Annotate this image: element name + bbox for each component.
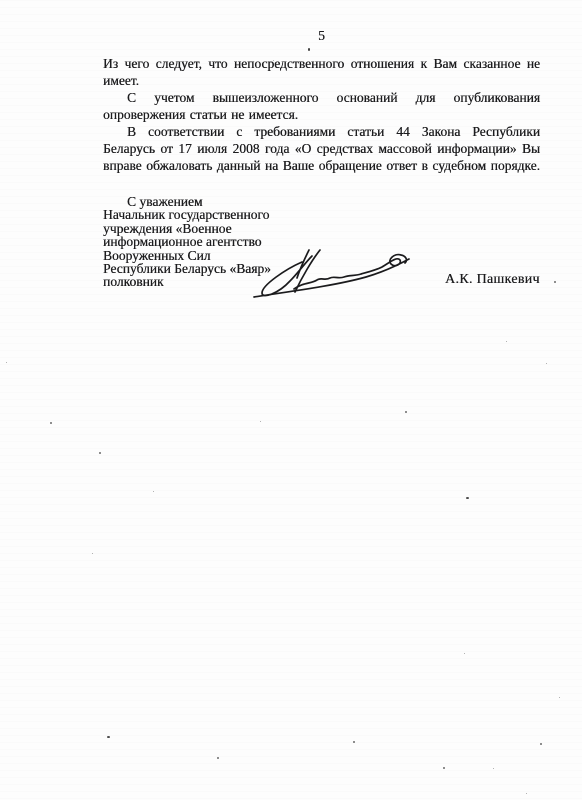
letter-body: Из чего следует, что непосредственного о… [103, 55, 540, 174]
scan-speck [273, 60, 274, 61]
scan-speck [153, 491, 154, 492]
scan-speck [50, 422, 52, 424]
signer-name: А.К. Пашкевич [445, 272, 565, 288]
scan-speck [99, 452, 101, 454]
body-line: вправе обжаловать данный на Ваше обращен… [103, 157, 540, 174]
scan-speck [546, 363, 547, 364]
scan-speck [353, 741, 355, 743]
signer-title-line: Начальник государственного [103, 208, 363, 221]
page-number: 5 [103, 28, 540, 43]
closing-salutation: С уважением [103, 195, 363, 208]
body-line: опровержения статьи не имеется. [103, 106, 540, 123]
handwritten-signature [250, 247, 410, 300]
body-line: С учетом вышеизложенного оснований для о… [103, 89, 540, 106]
scan-speck [526, 793, 527, 794]
scan-speck [217, 757, 219, 759]
scan-speck [554, 281, 556, 283]
scan-speck [464, 653, 465, 654]
scan-speck [405, 411, 407, 413]
scan-speck [540, 743, 542, 745]
scan-speck [107, 736, 110, 738]
body-line: имеет. [103, 72, 540, 89]
scan-speck [6, 362, 7, 363]
scanned-letter-page: 5 Из чего следует, что непосредственного… [0, 0, 582, 800]
scan-speck [443, 767, 445, 769]
scan-speck [466, 497, 469, 499]
scan-speck [308, 48, 310, 51]
scan-speck [493, 768, 494, 769]
scan-speck [92, 553, 93, 554]
scan-speck [506, 341, 507, 342]
scan-speck [559, 697, 560, 698]
body-line: Беларусь от 17 июля 2008 года «О средств… [103, 140, 540, 157]
scan-speck [260, 421, 261, 422]
body-line: В соответствии с требованиями статьи 44 … [103, 123, 540, 140]
body-line: Из чего следует, что непосредственного о… [103, 55, 540, 72]
signer-title-line: учреждения «Военное [103, 222, 363, 235]
